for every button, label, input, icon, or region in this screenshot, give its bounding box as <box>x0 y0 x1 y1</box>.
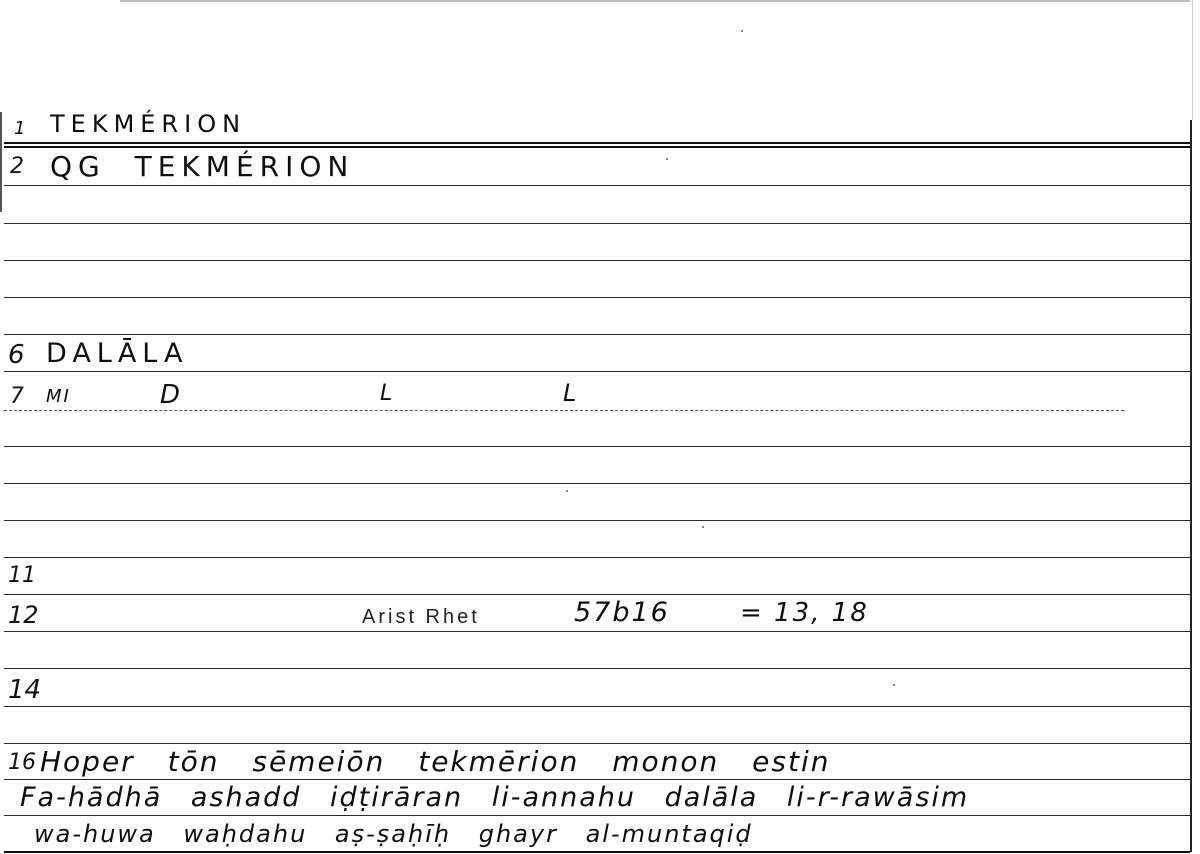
rule-line <box>4 260 1190 261</box>
card-left-border <box>0 112 2 212</box>
scan-speck <box>566 490 568 492</box>
line-number: 12 <box>8 601 39 629</box>
scan-speck <box>666 158 668 160</box>
rule-line-dashed <box>4 410 1124 411</box>
line-number: 7 <box>10 384 24 409</box>
rule-line <box>4 706 1190 707</box>
rule-line <box>4 371 1190 372</box>
scan-speck <box>893 684 895 686</box>
rule-line <box>4 185 1190 186</box>
section-reference: = 13, 18 <box>740 598 869 628</box>
rule-line <box>4 223 1190 224</box>
rule-line <box>4 520 1190 521</box>
qg-term: QG TEKMÉRION <box>50 150 354 183</box>
rule-line <box>4 483 1190 484</box>
greek-quotation: Hoper tōn sēmeiōn tekmērion monon estin <box>40 745 830 778</box>
mi-marker: MI <box>46 386 71 407</box>
line-number: 14 <box>8 675 41 705</box>
arabic-term: DALĀLA <box>46 338 188 369</box>
card-right-edge-faint <box>1192 0 1193 120</box>
rule-line <box>4 297 1190 298</box>
line-number: 2 <box>10 154 24 179</box>
arabic-translation-line-1: Fa-hādhā ashadd iḍṭirāran li-annahu dalā… <box>20 782 969 813</box>
line-number: 1 <box>14 118 25 139</box>
line-number: 16 <box>8 750 36 775</box>
rule-line <box>4 668 1190 669</box>
rule-line <box>4 146 1190 148</box>
arabic-translation-line-2: wa-huwa waḥdahu aṣ-ṣaḥīḥ ghayr al-muntaq… <box>34 820 753 848</box>
letter-mark: L <box>380 381 394 406</box>
rule-line <box>4 557 1190 558</box>
scan-speck <box>702 526 704 528</box>
rule-line <box>4 851 1190 853</box>
rule-line <box>4 815 1190 816</box>
letter-mark: L <box>563 379 578 407</box>
rule-line <box>4 334 1190 335</box>
rule-line <box>4 631 1190 632</box>
card-right-border <box>1190 120 1192 852</box>
rule-line <box>4 743 1190 744</box>
heading-term: TEKMÉRION <box>50 110 246 138</box>
rule-line <box>4 142 1190 144</box>
line-number: 6 <box>8 340 25 370</box>
rule-line <box>4 594 1190 595</box>
rule-line <box>4 779 1190 780</box>
card-top-edge <box>120 0 1190 2</box>
line-number: 11 <box>8 563 36 588</box>
rule-line <box>4 446 1190 447</box>
scan-speck <box>741 30 743 32</box>
letter-mark: D <box>160 380 182 410</box>
source-citation: Arist Rhet <box>362 606 480 629</box>
bekker-reference: 57b16 <box>574 597 670 628</box>
index-card: 1 TEKMÉRION 2 QG TEKMÉRION 6 DALĀLA 7 MI… <box>0 0 1200 854</box>
